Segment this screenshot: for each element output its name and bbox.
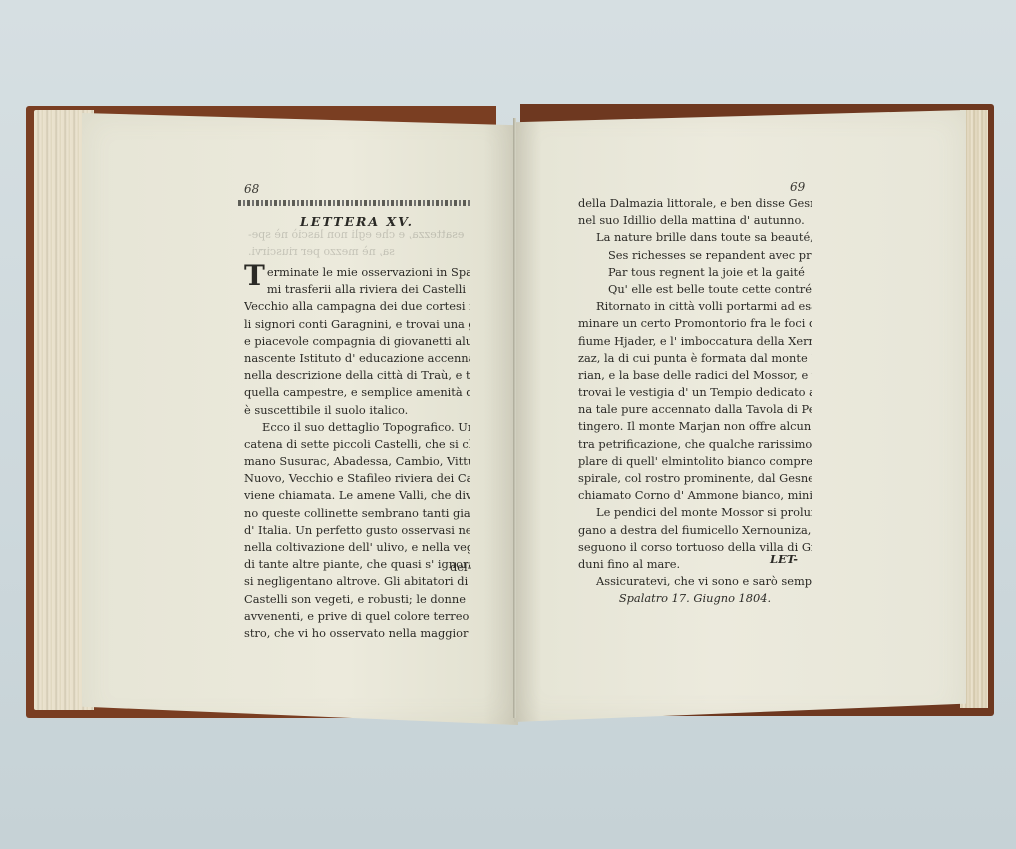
text-line: nella descrizione della città di Traù, e… xyxy=(244,367,470,384)
bleed-through-line: sa, nè mezzo per riuscirvi. xyxy=(248,245,395,258)
text-line: na tale pure accennato dalla Tavola di P… xyxy=(578,401,812,418)
poem-line: Ses richesses se repandent avec profusio… xyxy=(578,247,812,264)
decorative-rule xyxy=(238,200,472,206)
text-line: minare un certo Promontorio fra le foci … xyxy=(578,315,812,332)
text-line: mano Susurac, Abadessa, Cambio, Vitturi, xyxy=(244,453,470,470)
text-line: è suscettibile il suolo italico. xyxy=(244,402,470,419)
text-line: Castelli son vegeti, e robusti; le donne… xyxy=(244,591,470,608)
poem-line: Qu' elle est belle toute cette contrée! xyxy=(578,281,812,298)
bleed-through-line: esattezza, e che egli non lasciò nè spe- xyxy=(248,228,464,241)
book-gutter xyxy=(513,118,516,718)
poem-line: La nature brille dans toute sa beauté, xyxy=(578,229,812,246)
text-line: stro, che vi ho osservato nella maggior … xyxy=(244,625,470,642)
text-line: chiamato Corno d' Ammone bianco, minimo. xyxy=(578,487,812,504)
text-line: catena di sette piccoli Castelli, che si… xyxy=(244,436,470,453)
text-line: erminate le mie osservazioni in Spalatro… xyxy=(267,264,470,281)
text-line: avvenenti, e prive di quel colore terreo… xyxy=(244,608,470,625)
page-number-right: 69 xyxy=(790,180,805,194)
poem-line: Par tous regnent la joie et la gaité xyxy=(578,264,812,281)
page-number-left: 68 xyxy=(244,182,259,196)
text-line: Vecchio alla campagna dei due cortesi fr… xyxy=(244,298,470,315)
letter-heading: LETTERA XV. xyxy=(300,214,414,229)
catchword-right: LET- xyxy=(770,552,798,566)
text-line: di tante altre piante, che quasi s' igno… xyxy=(244,556,470,573)
dateline: Spalatro 17. Giugno 1804. xyxy=(578,590,812,607)
text-line: si negligentano altrove. Gli abitatori d… xyxy=(244,573,470,590)
left-page-text: T erminate le mie osservazioni in Spalat… xyxy=(244,264,470,642)
text-line: no queste collinette sembrano tanti giar… xyxy=(244,505,470,522)
text-line: Ritornato in città volli portarmi ad esa… xyxy=(578,298,812,315)
text-line: viene chiamata. Le amene Valli, che divi… xyxy=(244,487,470,504)
text-line: fiume Hjader, e l' imboccatura della Xer… xyxy=(578,333,812,350)
text-line: spirale, col rostro prominente, dal Gesn… xyxy=(578,470,812,487)
catchword-left: del- xyxy=(450,560,472,574)
closing-line: Assicuratevi, che vi sono e sarò sempre. xyxy=(578,573,812,590)
drop-cap: T xyxy=(244,264,265,288)
text-line: li signori conti Garagnini, e trovai una… xyxy=(244,316,470,333)
text-line: quella campestre, e semplice amenità di … xyxy=(244,384,470,401)
text-line: tra petrificazione, che qualche rarissim… xyxy=(578,436,812,453)
text-line: nascente Istituto d' educazione accennat… xyxy=(244,350,470,367)
text-line: trovai le vestigia d' un Tempio dedicato… xyxy=(578,384,812,401)
text-line: e piacevole compagnia di giovanetti alun… xyxy=(244,333,470,350)
text-line: zaz, la di cui punta è formata dal monte… xyxy=(578,350,812,367)
text-line: gano a destra del fiumicello Xernouniza,… xyxy=(578,522,812,539)
text-line: nel suo Idillio della mattina d' autunno… xyxy=(578,212,812,229)
text-line: plare di quell' elmintolito bianco compr… xyxy=(578,453,812,470)
text-line: Ecco il suo dettaglio Topografico. Una xyxy=(244,419,470,436)
text-line: tingero. Il monte Marjan non offre alcun… xyxy=(578,418,812,435)
text-line: d' Italia. Un perfetto gusto osservasi n… xyxy=(244,522,470,539)
photo-scene: esattezza, e che egli non lasciò nè spe-… xyxy=(0,0,1016,849)
text-line: mi trasferii alla riviera dei Castelli i… xyxy=(267,281,470,298)
text-line: Le pendici del monte Mossor si prolun- xyxy=(578,504,812,521)
text-line: rian, e la base delle radici del Mossor,… xyxy=(578,367,812,384)
text-line: nella coltivazione dell' ulivo, e nella … xyxy=(244,539,470,556)
text-line: Nuovo, Vecchio e Stafileo riviera dei Ca… xyxy=(244,470,470,487)
right-page-text: della Dalmazia littorale, e ben disse Ge… xyxy=(578,195,812,608)
text-line: della Dalmazia littorale, e ben disse Ge… xyxy=(578,195,812,212)
